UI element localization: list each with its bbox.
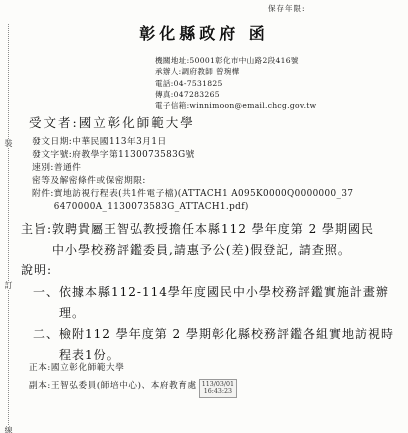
doc-number: 發文字號:府教學字第1130073583G號 xyxy=(32,149,354,162)
binding-dotted-line xyxy=(8,24,9,433)
contact-email: 電子信箱:winnimoon@email.chcg.gov.tw xyxy=(155,100,316,111)
security-class: 密等及解密條件或保密期限: xyxy=(32,175,354,188)
distribution-block: 正本:國立彰化師範大學 副本:王智弘委員(師培中心)、本府教育處113/03/0… xyxy=(29,362,237,395)
explanation-items: 一、 依據本縣112-114學年度國民中小學校務評鑑實施計畫辦 理。 二、 檢附… xyxy=(33,282,395,366)
timestamp-stamp: 113/03/0116:43:23 xyxy=(199,379,237,398)
retention-period-label: 保存年限: xyxy=(268,3,306,14)
attachment-value: 實地訪視行程表(共1件電子檔)(ATTACH1 A095K0000Q000000… xyxy=(54,188,354,214)
item-2-text: 檢附112 學年度第 2 學期彰化縣校務評鑑各組實地訪視時程表1份。 xyxy=(59,324,395,366)
stamp-date: 113/03/01 xyxy=(202,381,234,388)
item-1-text: 依據本縣112-114學年度國民中小學校務評鑑實施計畫辦 理。 xyxy=(59,282,395,324)
contact-fax: 傳真:047283265 xyxy=(155,89,316,100)
agency-contact-block: 機關地址:50001彰化市中山路2段416號 承辦人:調府教師 曾琬樺 電話:0… xyxy=(155,55,316,111)
binding-mark-ding: 訂 xyxy=(3,281,14,290)
explanation-item-2: 二、 檢附112 學年度第 2 學期彰化縣校務評鑑各組實地訪視時程表1份。 xyxy=(33,324,395,366)
contact-phone: 電話:04-7531825 xyxy=(155,78,316,89)
binding-mark-xian: 線 xyxy=(3,426,14,433)
attachment-label: 附件: xyxy=(32,188,54,214)
speed-class: 速別:普通件 xyxy=(32,162,354,175)
recipient-line: 受文者:國立彰化師範大學 xyxy=(29,113,195,131)
copy-recipient-text: 副本:王智弘委員(師培中心)、本府教育處 xyxy=(29,381,197,391)
attachment-line: 附件: 實地訪視行程表(共1件電子檔)(ATTACH1 A095K0000Q00… xyxy=(32,188,354,214)
binding-mark-zhuang: 裝 xyxy=(3,139,14,148)
issue-date: 發文日期:中華民國113年3月1日 xyxy=(32,136,354,149)
contact-person: 承辦人:調府教師 曾琬樺 xyxy=(155,66,316,77)
original-recipient-line: 正本:國立彰化師範大學 xyxy=(29,362,237,376)
subject-text: 敦聘貴屬王智弘教授擔任本縣112 學年度第 2 學期國民中小學校務評鑑委員,請惠… xyxy=(52,219,374,261)
stamp-time: 16:43:23 xyxy=(202,388,234,395)
item-1-number: 一、 xyxy=(33,282,59,324)
subject-label: 主旨: xyxy=(21,219,52,261)
subject-paragraph: 主旨: 敦聘貴屬王智弘教授擔任本縣112 學年度第 2 學期國民中小學校務評鑑委… xyxy=(21,219,374,261)
item-2-number: 二、 xyxy=(33,324,59,366)
document-meta-block: 發文日期:中華民國113年3月1日 發文字號:府教學字第1130073583G號… xyxy=(32,136,354,213)
copy-recipient-line: 副本:王智弘委員(師培中心)、本府教育處113/03/0116:43:23 xyxy=(29,376,237,395)
document-title: 彰化縣政府 函 xyxy=(0,21,408,44)
explanation-item-1: 一、 依據本縣112-114學年度國民中小學校務評鑑實施計畫辦 理。 xyxy=(33,282,395,324)
official-letter-page: 裝 訂 線 保存年限: 彰化縣政府 函 機關地址:50001彰化市中山路2段41… xyxy=(0,0,408,433)
agency-address: 機關地址:50001彰化市中山路2段416號 xyxy=(155,55,316,66)
explanation-label: 說明: xyxy=(21,261,52,278)
